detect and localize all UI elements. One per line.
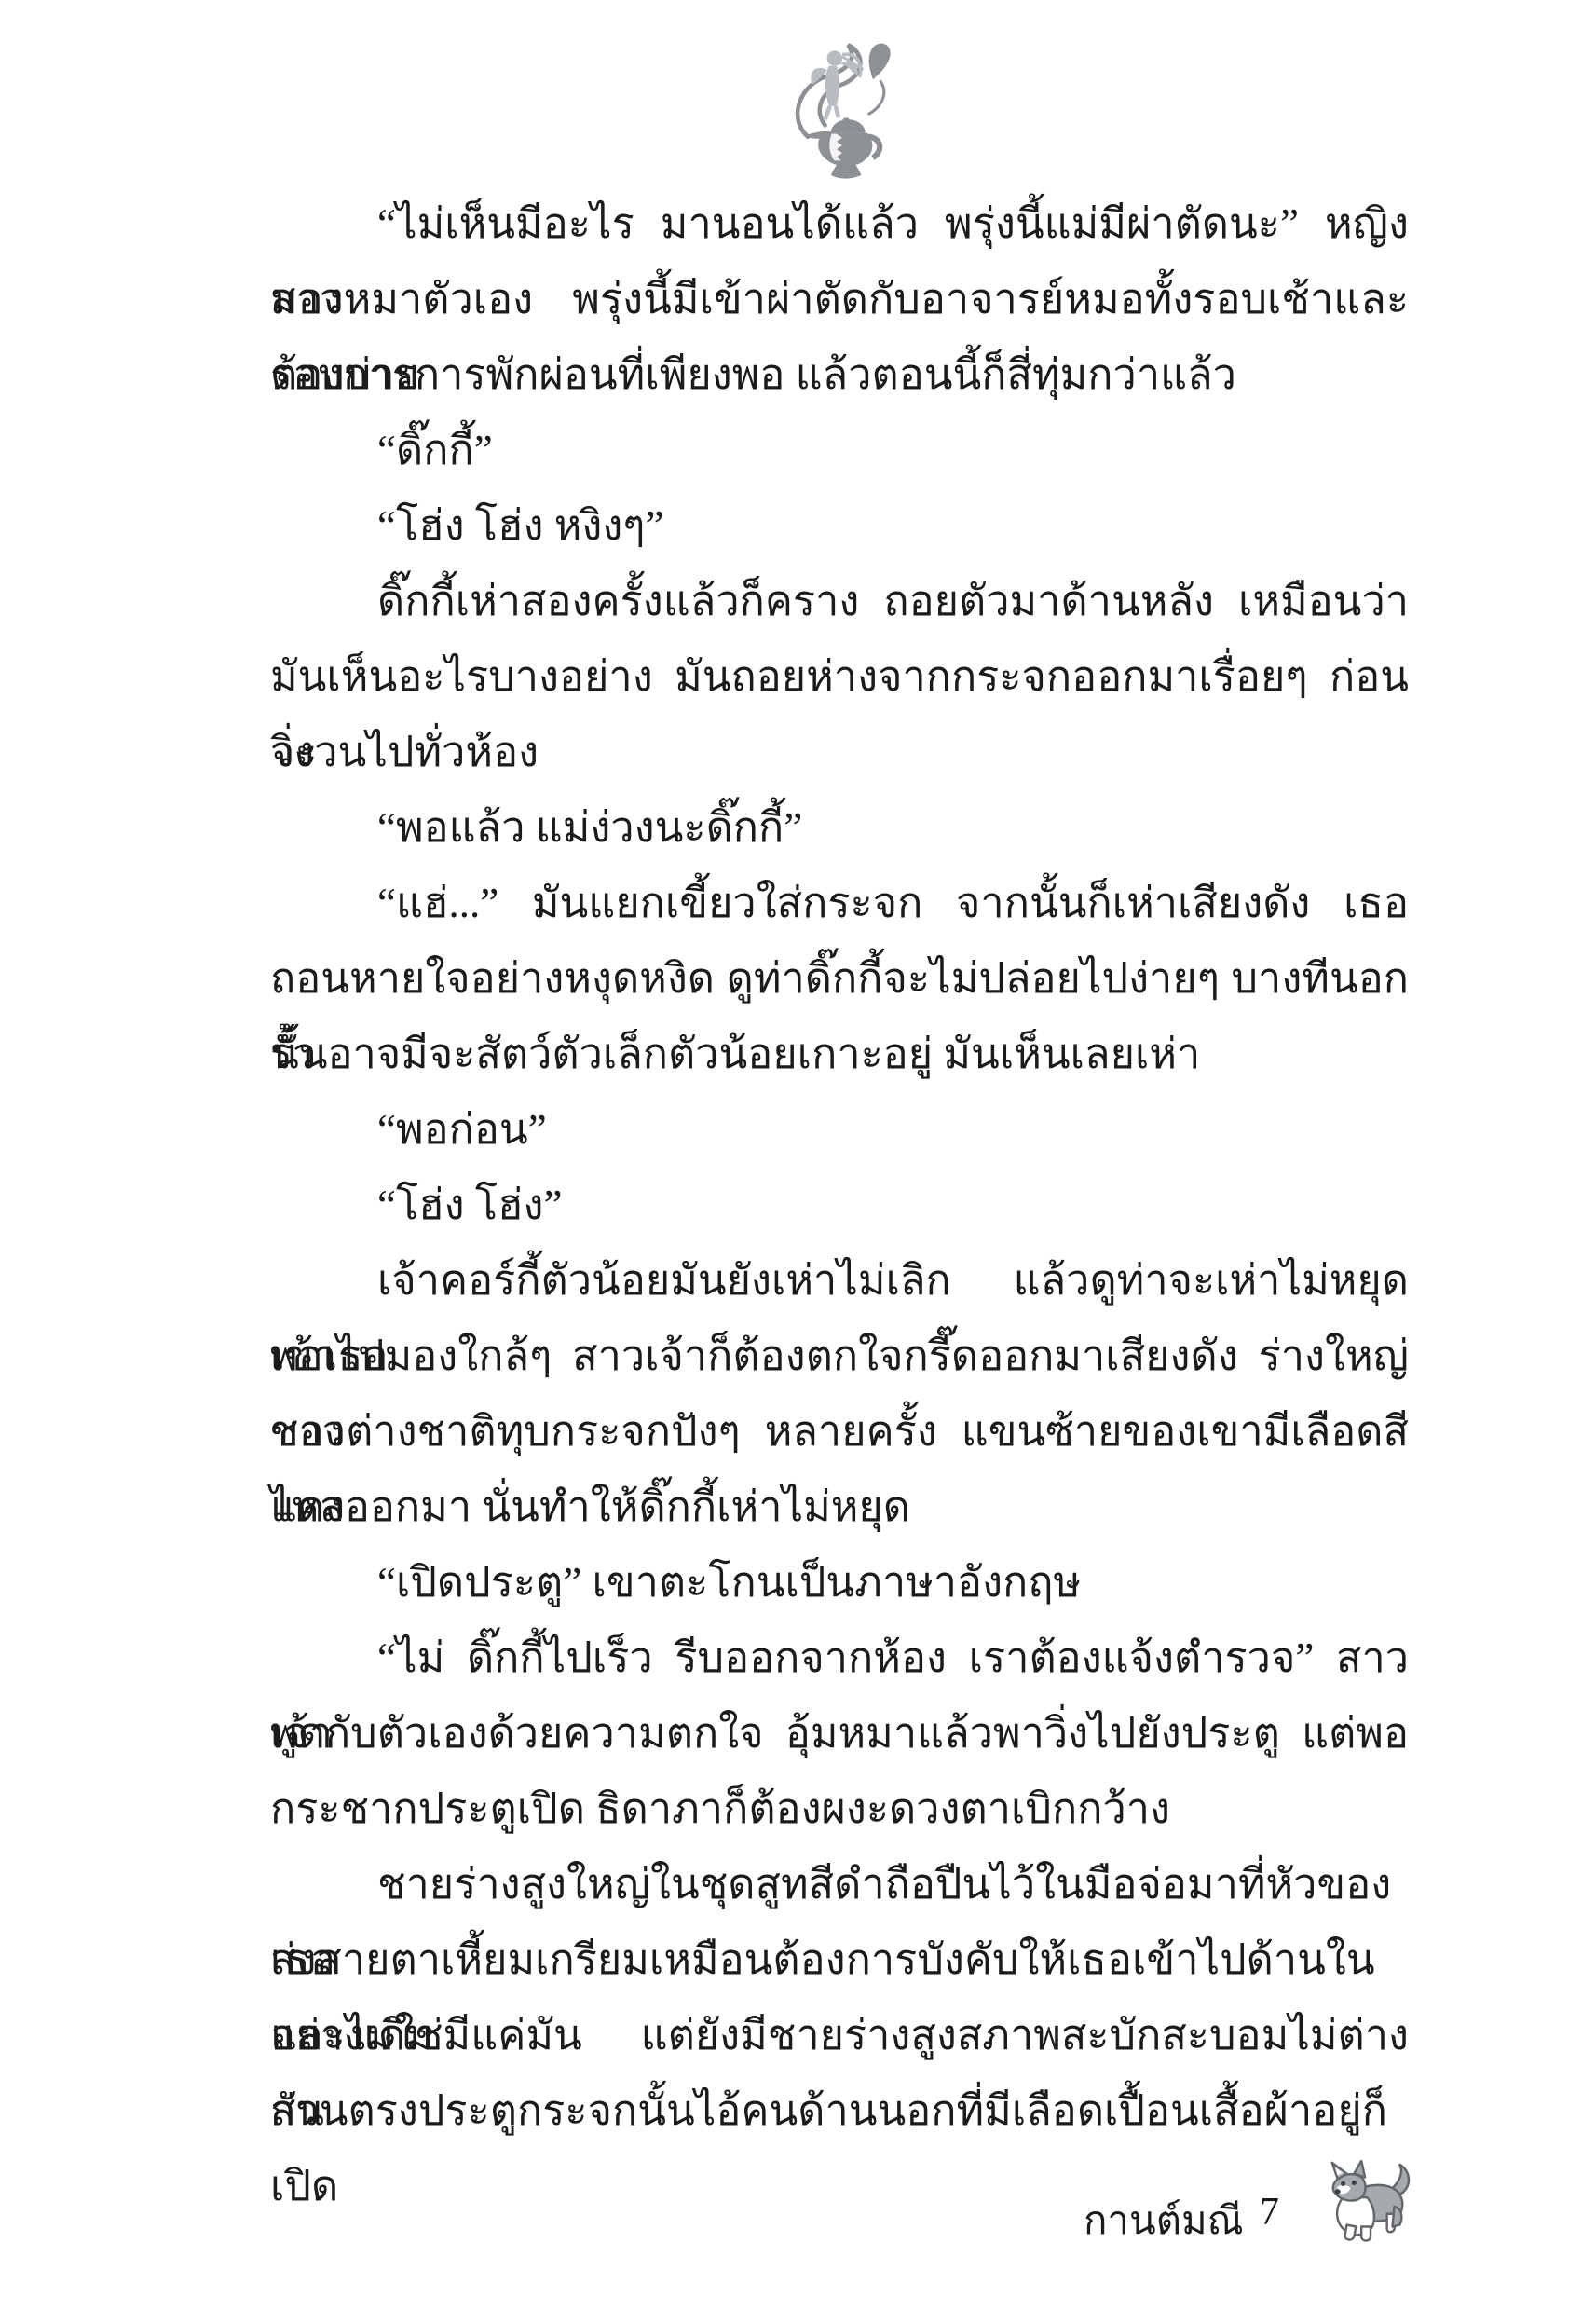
text-line: ส่วนตรงประตูกระจกนั้นไอ้คนด้านนอกที่มีเล… xyxy=(270,2073,1409,2149)
text-line: ต้องการการพักผ่อนที่เพียงพอ แล้วตอนนี้ก็… xyxy=(270,337,1409,413)
lamp-cupid-ornament-icon xyxy=(775,37,906,183)
text-line: ชาวต่างชาติทุบกระจกปังๆ หลายครั้ง แขนซ้า… xyxy=(270,1394,1409,1470)
text-line: “ไม่ ดิ๊กกี้ไปเร็ว รีบออกจากห้อง เราต้อง… xyxy=(270,1620,1409,1696)
text-line: และไม่ใช่มีแค่มัน แต่ยังมีชายร่างสูงสภาพ… xyxy=(270,1998,1409,2073)
text-line: ส่งสายตาเหี้ยมเกรียมเหมือนต้องการบังคับใ… xyxy=(270,1922,1409,1998)
text-line: “พอแล้ว แม่ง่วงนะดิ๊กกี้” xyxy=(270,790,1409,866)
text-line: “ไม่เห็นมีอะไร มานอนได้แล้ว พรุ่งนี้แม่ม… xyxy=(270,186,1409,262)
book-title: กานต์มณี xyxy=(1084,2190,1244,2251)
corgi-illustration-svg xyxy=(1323,2160,1418,2246)
text-line: “เปิดประตู” เขาตะโกนเป็นภาษาอังกฤษ xyxy=(270,1545,1409,1620)
text-line: นั้นอาจมีจะสัตว์ตัวเล็กตัวน้อยเกาะอยู่ ม… xyxy=(270,1017,1409,1092)
text-line: เจ้าคอร์กี้ตัวน้อยมันยังเห่าไม่เลิก แล้ว… xyxy=(270,1243,1409,1319)
text-line: “ดิ๊กกี้” xyxy=(270,413,1409,488)
text-line: ถอนหายใจอย่างหงุดหงิด ดูท่าดิ๊กกี้จะไม่ป… xyxy=(270,941,1409,1017)
corgi-illustration-icon xyxy=(1323,2160,1418,2246)
text-line: “โฮ่ง โฮ่ง” xyxy=(270,1168,1409,1243)
text-line: ไหลออกมา นั่นทำให้ดิ๊กกี้เห่าไม่หยุด xyxy=(270,1470,1409,1545)
text-line: “แฮ่...” มันแยกเขี้ยวใส่กระจก จากนั้นก็เ… xyxy=(270,866,1409,941)
body-text: “ไม่เห็นมีอะไร มานอนได้แล้ว พรุ่งนี้แม่ม… xyxy=(270,186,1409,2149)
text-line: “พอก่อน” xyxy=(270,1092,1409,1168)
text-line: ดิ๊กกี้เห่าสองครั้งแล้วก็คราง ถอยตัวมาด้… xyxy=(270,564,1409,639)
page-number: 7 xyxy=(1260,2190,1279,2235)
text-line: “โฮ่ง โฮ่ง หงิงๆ” xyxy=(270,488,1409,564)
text-line: พูดกับตัวเองด้วยความตกใจ อุ้มหมาแล้วพาวิ… xyxy=(270,1696,1409,1771)
text-line: มันเห็นอะไรบางอย่าง มันถอยห่างจากกระจกออ… xyxy=(270,639,1409,715)
text-line: ชายร่างสูงใหญ่ในชุดสูทสีดำถือปืนไว้ในมือ… xyxy=(270,1847,1409,1922)
page-footer: กานต์มณี 7 xyxy=(0,2177,1596,2289)
text-line: วิ่งวนไปทั่วห้อง xyxy=(270,715,1409,790)
text-line: เข้าไปมองใกล้ๆ สาวเจ้าก็ต้องตกใจกรี๊ดออก… xyxy=(270,1319,1409,1394)
lamp-cupid-ornament-svg xyxy=(775,37,906,183)
text-line: กระชากประตูเปิด ธิดาภาก็ต้องผงะดวงตาเบิก… xyxy=(270,1771,1409,1847)
text-line: มองหมาตัวเอง พรุ่งนี้มีเข้าผ่าตัดกับอาจา… xyxy=(270,262,1409,337)
